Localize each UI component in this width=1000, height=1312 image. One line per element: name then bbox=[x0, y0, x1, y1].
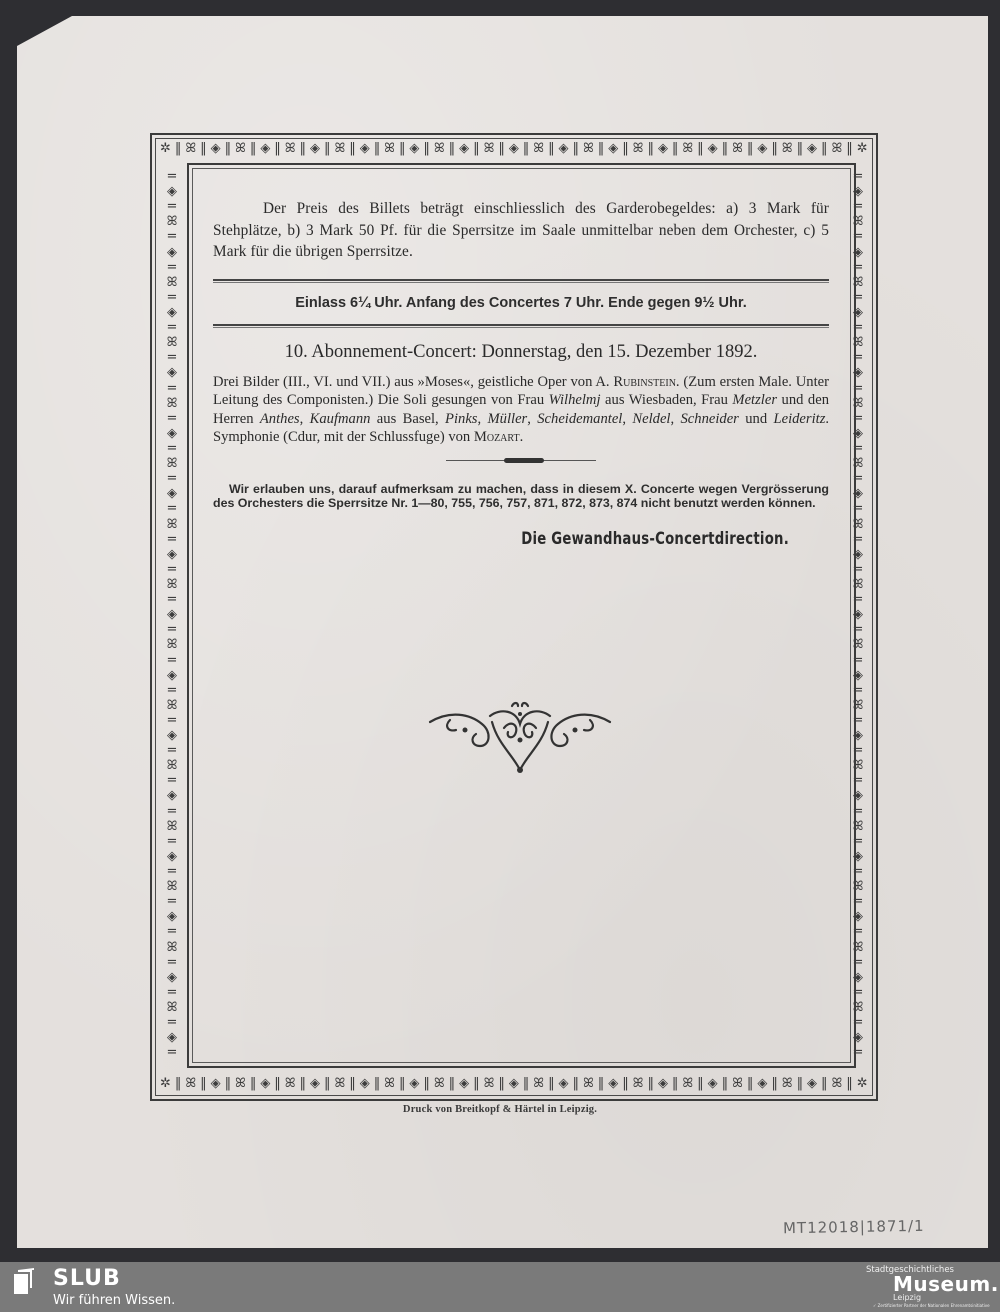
border-ornament-icon: = bbox=[167, 986, 178, 999]
border-ornament-icon: ◈ bbox=[509, 142, 519, 155]
border-ornament-icon: ◈ bbox=[167, 306, 177, 319]
border-ornament-icon: = bbox=[853, 321, 864, 334]
border-ornament-icon: ‖ bbox=[797, 1077, 804, 1090]
border-ornament-icon: ‖ bbox=[523, 142, 530, 155]
slub-brand: SLUB bbox=[53, 1266, 121, 1291]
border-ornament-icon: ꕤ bbox=[853, 880, 864, 893]
border-ornament-icon: ◈ bbox=[608, 142, 618, 155]
border-ornament-icon: ◈ bbox=[853, 971, 863, 984]
singer-name: Schneider bbox=[681, 411, 739, 427]
border-ornament-icon: ꕤ bbox=[167, 1001, 178, 1014]
border-ornament-icon: = bbox=[167, 1046, 178, 1059]
program-text: aus Wiesbaden, Frau bbox=[601, 392, 733, 408]
corner-ornament-icon: ✲ bbox=[857, 1077, 868, 1090]
double-rule-top bbox=[213, 279, 829, 283]
border-ornament-icon: = bbox=[167, 714, 178, 727]
program-text: , bbox=[477, 411, 487, 427]
border-ornament-icon: ◈ bbox=[211, 1077, 221, 1090]
program-text: aus Basel, bbox=[370, 411, 445, 427]
shelfmark-handwritten: MT12018|1871/1 bbox=[783, 1217, 925, 1237]
border-ornament-icon: ‖ bbox=[498, 1077, 505, 1090]
border-ornament-icon: = bbox=[853, 472, 864, 485]
border-ornament-icon: ‖ bbox=[300, 1077, 307, 1090]
border-ornament-icon: ‖ bbox=[797, 142, 804, 155]
border-ornament-icon: ◈ bbox=[167, 971, 177, 984]
border-ornament-icon: = bbox=[853, 714, 864, 727]
border-ornament-icon: = bbox=[167, 654, 178, 667]
double-rule-bottom bbox=[213, 324, 829, 328]
border-ornament-icon: ꕤ bbox=[583, 1077, 594, 1090]
border-ornament-icon: ◈ bbox=[167, 548, 177, 561]
border-ornament-icon: = bbox=[853, 1046, 864, 1059]
border-ornament-icon: ‖ bbox=[598, 142, 605, 155]
border-ornament-icon: ‖ bbox=[821, 142, 828, 155]
composer-name: Mozart bbox=[474, 429, 520, 445]
border-ornament-icon: ◈ bbox=[459, 1077, 469, 1090]
border-ornament-icon: ꕤ bbox=[853, 1001, 864, 1014]
slub-book-logo-icon bbox=[14, 1268, 38, 1294]
border-ornament-icon: ‖ bbox=[747, 1077, 754, 1090]
border-ornament-icon: = bbox=[853, 1016, 864, 1029]
border-ornament-icon: ꕤ bbox=[853, 941, 864, 954]
border-ornament-icon: ꕤ bbox=[682, 1077, 693, 1090]
document-content: Der Preis des Billets beträgt einschlies… bbox=[213, 198, 829, 549]
border-ornament-icon: ‖ bbox=[498, 142, 505, 155]
border-ornament-icon: ◈ bbox=[708, 142, 718, 155]
border-ornament-icon: ꕤ bbox=[167, 397, 178, 410]
border-ornament-icon: ꕤ bbox=[853, 699, 864, 712]
singer-name: Neldel bbox=[632, 411, 670, 427]
border-ornament-icon: ‖ bbox=[697, 1077, 704, 1090]
border-ornament-icon: ◈ bbox=[853, 487, 863, 500]
border-ornament-icon: = bbox=[167, 321, 178, 334]
border-ornament-icon: ꕤ bbox=[167, 880, 178, 893]
border-ornament-icon: ‖ bbox=[349, 142, 356, 155]
border-ornament-icon: = bbox=[853, 170, 864, 183]
border-ornament-icon: = bbox=[167, 200, 178, 213]
border-ornament-icon: ‖ bbox=[771, 1077, 778, 1090]
border-ornament-icon: ꕤ bbox=[853, 518, 864, 531]
border-ornament-icon: = bbox=[853, 291, 864, 304]
corner-ornament-icon: ✲ bbox=[160, 1077, 171, 1090]
border-ornament-icon: = bbox=[853, 774, 864, 787]
border-ornament-icon: ‖ bbox=[250, 1077, 257, 1090]
border-ornament-icon: ◈ bbox=[310, 1077, 320, 1090]
border-ornament-icon: ‖ bbox=[573, 142, 580, 155]
border-ornament-icon: ‖ bbox=[423, 142, 430, 155]
border-ornament-icon: = bbox=[167, 230, 178, 243]
singer-name: Leideritz bbox=[773, 411, 825, 427]
border-ornament-icon: ꕤ bbox=[853, 578, 864, 591]
border-ornament-icon: = bbox=[853, 230, 864, 243]
border-ornament-icon: ◈ bbox=[757, 1077, 767, 1090]
singer-name: Anthes bbox=[260, 411, 300, 427]
border-ornament-icon: ‖ bbox=[821, 1077, 828, 1090]
border-ornament-icon: ◈ bbox=[167, 487, 177, 500]
border-ornament-icon: ◈ bbox=[853, 427, 863, 440]
border-ornament-icon: ‖ bbox=[449, 1077, 456, 1090]
museum-certification: ✓ Zertifizierter Partner der Nationalen … bbox=[873, 1303, 990, 1308]
border-ornament-icon: ‖ bbox=[548, 1077, 555, 1090]
border-ornament-left: =◈=ꕤ=◈=ꕤ=◈=ꕤ=◈=ꕤ=◈=ꕤ=◈=ꕤ=◈=ꕤ=◈=ꕤ=◈=ꕤ=◈=ꕤ… bbox=[161, 170, 183, 1060]
border-ornament-icon: ‖ bbox=[622, 142, 629, 155]
border-ornament-icon: = bbox=[853, 895, 864, 908]
program-text: und bbox=[739, 411, 774, 427]
border-ornament-icon: = bbox=[853, 563, 864, 576]
border-ornament-icon: ‖ bbox=[722, 1077, 729, 1090]
program-text: , bbox=[670, 411, 680, 427]
border-ornament-icon: ◈ bbox=[853, 789, 863, 802]
border-ornament-icon: = bbox=[167, 442, 178, 455]
border-ornament-icon: ‖ bbox=[274, 142, 281, 155]
border-ornament-icon: ◈ bbox=[167, 669, 177, 682]
border-ornament-icon: ꕤ bbox=[384, 1077, 395, 1090]
border-ornament-icon: ◈ bbox=[853, 1031, 863, 1044]
border-ornament-icon: = bbox=[853, 744, 864, 757]
border-ornament-icon: ◈ bbox=[853, 246, 863, 259]
border-ornament-icon: = bbox=[853, 442, 864, 455]
footer-band: SLUB Wir führen Wissen. Stadtgeschichtli… bbox=[0, 1262, 1000, 1312]
program-paragraph: Drei Bilder (III., VI. und VII.) aus »Mo… bbox=[213, 373, 829, 447]
border-ornament-icon: ꕤ bbox=[533, 1077, 544, 1090]
border-ornament-icon: ‖ bbox=[225, 142, 232, 155]
border-ornament-icon: ◈ bbox=[757, 142, 767, 155]
border-ornament-top: ✲‖ꕤ‖◈‖ꕤ‖◈‖ꕤ‖◈‖ꕤ‖◈‖ꕤ‖◈‖ꕤ‖◈‖ꕤ‖◈‖ꕤ‖◈‖ꕤ‖◈‖ꕤ‖… bbox=[160, 137, 868, 159]
border-ornament-icon: ꕤ bbox=[167, 336, 178, 349]
border-ornament-icon: = bbox=[167, 1016, 178, 1029]
border-ornament-icon: ◈ bbox=[853, 850, 863, 863]
border-ornament-icon: ꕤ bbox=[167, 759, 178, 772]
border-ornament-icon: ‖ bbox=[622, 1077, 629, 1090]
border-ornament-icon: ‖ bbox=[548, 142, 555, 155]
border-ornament-icon: ‖ bbox=[324, 1077, 331, 1090]
border-ornament-icon: ꕤ bbox=[285, 1077, 296, 1090]
program-text: , bbox=[300, 411, 310, 427]
floral-vignette-icon bbox=[420, 700, 620, 775]
border-ornament-icon: = bbox=[167, 170, 178, 183]
border-ornament-icon: = bbox=[167, 895, 178, 908]
border-ornament-icon: ꕤ bbox=[384, 142, 395, 155]
border-ornament-icon: ‖ bbox=[473, 1077, 480, 1090]
border-ornament-icon: ◈ bbox=[559, 1077, 569, 1090]
border-ornament-icon: = bbox=[853, 533, 864, 546]
program-text: , bbox=[622, 411, 632, 427]
border-ornament-icon: = bbox=[167, 382, 178, 395]
border-ornament-icon: = bbox=[167, 502, 178, 515]
singer-name: Pinks bbox=[445, 411, 477, 427]
border-ornament-icon: = bbox=[167, 291, 178, 304]
border-ornament-icon: ꕤ bbox=[853, 397, 864, 410]
border-ornament-icon: ‖ bbox=[399, 1077, 406, 1090]
border-ornament-icon: = bbox=[853, 654, 864, 667]
singer-name: Müller bbox=[488, 411, 528, 427]
border-ornament-icon: ◈ bbox=[167, 729, 177, 742]
border-ornament-icon: ‖ bbox=[647, 1077, 654, 1090]
border-ornament-icon: ‖ bbox=[672, 1077, 679, 1090]
border-ornament-icon: ꕤ bbox=[484, 1077, 495, 1090]
singer-name: Metzler bbox=[732, 392, 777, 408]
border-ornament-icon: ‖ bbox=[722, 142, 729, 155]
border-ornament-icon: ◈ bbox=[167, 850, 177, 863]
border-ornament-icon: ꕤ bbox=[831, 142, 842, 155]
border-ornament-icon: ‖ bbox=[225, 1077, 232, 1090]
border-ornament-icon: = bbox=[853, 865, 864, 878]
border-ornament-icon: ◈ bbox=[211, 142, 221, 155]
border-ornament-icon: ◈ bbox=[167, 608, 177, 621]
seating-notice: Wir erlauben uns, darauf aufmerksam zu m… bbox=[213, 482, 829, 511]
border-ornament-icon: ◈ bbox=[167, 366, 177, 379]
border-ornament-icon: ‖ bbox=[175, 142, 182, 155]
program-text: , bbox=[527, 411, 537, 427]
border-ornament-icon: ‖ bbox=[449, 142, 456, 155]
border-ornament-icon: ◈ bbox=[807, 1077, 817, 1090]
border-ornament-icon: ꕤ bbox=[682, 142, 693, 155]
border-ornament-icon: ꕤ bbox=[167, 215, 178, 228]
border-ornament-icon: ꕤ bbox=[235, 142, 246, 155]
border-ornament-icon: = bbox=[853, 986, 864, 999]
border-ornament-icon: ꕤ bbox=[853, 336, 864, 349]
border-ornament-icon: ꕤ bbox=[334, 142, 345, 155]
border-ornament-icon: ‖ bbox=[250, 142, 257, 155]
border-ornament-icon: ◈ bbox=[409, 1077, 419, 1090]
border-ornament-icon: ꕤ bbox=[434, 142, 445, 155]
border-ornament-icon: = bbox=[167, 774, 178, 787]
corner-ornament-icon: ✲ bbox=[857, 142, 868, 155]
border-ornament-icon: ‖ bbox=[846, 1077, 853, 1090]
border-ornament-icon: ◈ bbox=[260, 142, 270, 155]
border-ornament-icon: ꕤ bbox=[167, 820, 178, 833]
border-ornament-icon: ‖ bbox=[399, 142, 406, 155]
border-ornament-icon: ꕤ bbox=[853, 457, 864, 470]
border-ornament-icon: ◈ bbox=[853, 910, 863, 923]
border-ornament-icon: ◈ bbox=[853, 306, 863, 319]
border-ornament-icon: ◈ bbox=[853, 608, 863, 621]
border-ornament-icon: = bbox=[853, 684, 864, 697]
border-ornament-icon: ꕤ bbox=[782, 1077, 793, 1090]
singer-name: Wilhelmj bbox=[549, 392, 601, 408]
border-ornament-icon: ◈ bbox=[167, 185, 177, 198]
border-ornament-icon: = bbox=[853, 261, 864, 274]
border-ornament-icon: = bbox=[167, 835, 178, 848]
composer-name: Rubinstein bbox=[613, 374, 676, 390]
border-ornament-icon: ◈ bbox=[853, 729, 863, 742]
singer-name: Scheidemantel bbox=[537, 411, 622, 427]
border-ornament-icon: ◈ bbox=[708, 1077, 718, 1090]
border-ornament-icon: ‖ bbox=[300, 142, 307, 155]
border-ornament-icon: = bbox=[167, 533, 178, 546]
program-text: . bbox=[520, 429, 524, 445]
border-ornament-icon: ‖ bbox=[274, 1077, 281, 1090]
border-ornament-icon: = bbox=[167, 805, 178, 818]
border-ornament-icon: ‖ bbox=[324, 142, 331, 155]
border-ornament-icon: ‖ bbox=[200, 1077, 207, 1090]
border-ornament-icon: = bbox=[167, 351, 178, 364]
border-ornament-icon: ꕤ bbox=[583, 142, 594, 155]
border-ornament-icon: ꕤ bbox=[434, 1077, 445, 1090]
border-ornament-icon: = bbox=[167, 865, 178, 878]
border-ornament-icon: = bbox=[853, 925, 864, 938]
border-ornament-icon: ꕤ bbox=[167, 941, 178, 954]
border-ornament-icon: ‖ bbox=[200, 142, 207, 155]
border-ornament-icon: ꕤ bbox=[853, 759, 864, 772]
border-ornament-icon: ꕤ bbox=[732, 142, 743, 155]
border-ornament-icon: = bbox=[167, 593, 178, 606]
border-ornament-icon: ꕤ bbox=[831, 1077, 842, 1090]
border-ornament-icon: = bbox=[167, 261, 178, 274]
border-ornament-icon: ◈ bbox=[167, 1031, 177, 1044]
border-ornament-icon: ꕤ bbox=[167, 518, 178, 531]
border-ornament-icon: ◈ bbox=[167, 246, 177, 259]
border-ornament-icon: ◈ bbox=[360, 1077, 370, 1090]
border-ornament-icon: = bbox=[167, 563, 178, 576]
border-ornament-icon: = bbox=[853, 805, 864, 818]
corner-ornament-icon: ✲ bbox=[160, 142, 171, 155]
border-ornament-icon: ◈ bbox=[167, 427, 177, 440]
border-ornament-icon: ◈ bbox=[310, 142, 320, 155]
border-ornament-icon: ‖ bbox=[175, 1077, 182, 1090]
border-ornament-icon: = bbox=[167, 472, 178, 485]
border-ornament-icon: = bbox=[167, 925, 178, 938]
border-ornament-icon: ◈ bbox=[807, 142, 817, 155]
signature: Die Gewandhaus-Concertdirection. bbox=[340, 529, 789, 549]
price-paragraph: Der Preis des Billets beträgt einschlies… bbox=[213, 198, 829, 263]
border-ornament-icon: ꕤ bbox=[633, 1077, 644, 1090]
border-ornament-icon: ◈ bbox=[409, 142, 419, 155]
border-ornament-icon: ꕤ bbox=[185, 142, 196, 155]
museum-city: Leipzig bbox=[893, 1293, 921, 1302]
border-ornament-icon: = bbox=[853, 593, 864, 606]
border-ornament-icon: ꕤ bbox=[167, 699, 178, 712]
border-ornament-icon: ◈ bbox=[260, 1077, 270, 1090]
border-ornament-icon: ꕤ bbox=[853, 820, 864, 833]
border-ornament-bottom: ✲‖ꕤ‖◈‖ꕤ‖◈‖ꕤ‖◈‖ꕤ‖◈‖ꕤ‖◈‖ꕤ‖◈‖ꕤ‖◈‖ꕤ‖◈‖ꕤ‖◈‖ꕤ‖… bbox=[160, 1072, 868, 1094]
border-ornament-icon: ‖ bbox=[846, 142, 853, 155]
border-ornament-icon: ◈ bbox=[360, 142, 370, 155]
border-ornament-icon: ◈ bbox=[167, 910, 177, 923]
border-ornament-icon: = bbox=[853, 412, 864, 425]
singer-name: Kaufmann bbox=[310, 411, 371, 427]
border-ornament-icon: ◈ bbox=[658, 1077, 668, 1090]
concert-title: 10. Abonnement-Concert: Donnerstag, den … bbox=[213, 342, 829, 363]
border-ornament-icon: ꕤ bbox=[235, 1077, 246, 1090]
border-ornament-icon: ꕤ bbox=[732, 1077, 743, 1090]
border-ornament-icon: ◈ bbox=[853, 669, 863, 682]
printer-imprint: Druck von Breitkopf & Härtel in Leipzig. bbox=[0, 1104, 1000, 1115]
border-ornament-icon: ◈ bbox=[167, 789, 177, 802]
border-ornament-icon: ꕤ bbox=[167, 578, 178, 591]
border-ornament-icon: ◈ bbox=[608, 1077, 618, 1090]
border-ornament-icon: ꕤ bbox=[334, 1077, 345, 1090]
border-ornament-icon: ‖ bbox=[573, 1077, 580, 1090]
border-ornament-icon: ꕤ bbox=[633, 142, 644, 155]
border-ornament-icon: ◈ bbox=[853, 366, 863, 379]
border-ornament-icon: ◈ bbox=[459, 142, 469, 155]
border-ornament-icon: = bbox=[853, 200, 864, 213]
border-ornament-icon: ‖ bbox=[647, 142, 654, 155]
border-ornament-icon: ‖ bbox=[771, 142, 778, 155]
border-ornament-icon: ‖ bbox=[374, 142, 381, 155]
border-ornament-icon: ◈ bbox=[658, 142, 668, 155]
border-ornament-icon: = bbox=[167, 744, 178, 757]
border-ornament-icon: = bbox=[853, 623, 864, 636]
border-ornament-icon: = bbox=[167, 412, 178, 425]
program-text: Drei Bilder (III., VI. und VII.) aus »Mo… bbox=[213, 374, 613, 390]
border-ornament-icon: ‖ bbox=[349, 1077, 356, 1090]
dotted-divider bbox=[446, 458, 596, 464]
border-ornament-icon: = bbox=[167, 623, 178, 636]
border-ornament-icon: ꕤ bbox=[285, 142, 296, 155]
border-ornament-icon: ‖ bbox=[473, 142, 480, 155]
border-ornament-icon: ꕤ bbox=[484, 142, 495, 155]
slub-tagline: Wir führen Wissen. bbox=[53, 1293, 175, 1308]
border-ornament-right: =◈=ꕤ=◈=ꕤ=◈=ꕤ=◈=ꕤ=◈=ꕤ=◈=ꕤ=◈=ꕤ=◈=ꕤ=◈=ꕤ=◈=ꕤ… bbox=[847, 170, 869, 1060]
border-ornament-icon: ◈ bbox=[853, 548, 863, 561]
border-ornament-icon: ‖ bbox=[598, 1077, 605, 1090]
border-ornament-icon: ‖ bbox=[423, 1077, 430, 1090]
border-ornament-icon: = bbox=[853, 351, 864, 364]
border-ornament-icon: = bbox=[853, 382, 864, 395]
border-ornament-icon: ꕤ bbox=[167, 638, 178, 651]
border-ornament-icon: = bbox=[853, 502, 864, 515]
border-ornament-icon: ◈ bbox=[853, 185, 863, 198]
border-ornament-icon: ‖ bbox=[374, 1077, 381, 1090]
border-ornament-icon: ꕤ bbox=[782, 142, 793, 155]
border-ornament-icon: = bbox=[853, 956, 864, 969]
times-line: Einlass 6¼ Uhr. Anfang des Concertes 7 U… bbox=[213, 295, 829, 311]
border-ornament-icon: ꕤ bbox=[167, 276, 178, 289]
border-ornament-icon: = bbox=[853, 835, 864, 848]
border-ornament-icon: ꕤ bbox=[167, 457, 178, 470]
border-ornament-icon: ◈ bbox=[559, 142, 569, 155]
border-ornament-icon: ꕤ bbox=[533, 142, 544, 155]
border-ornament-icon: ◈ bbox=[509, 1077, 519, 1090]
border-ornament-icon: ꕤ bbox=[853, 638, 864, 651]
border-ornament-icon: ‖ bbox=[523, 1077, 530, 1090]
border-ornament-icon: ‖ bbox=[697, 142, 704, 155]
border-ornament-icon: = bbox=[167, 956, 178, 969]
border-ornament-icon: = bbox=[167, 684, 178, 697]
border-ornament-icon: ‖ bbox=[747, 142, 754, 155]
border-ornament-icon: ꕤ bbox=[853, 276, 864, 289]
border-ornament-icon: ‖ bbox=[672, 142, 679, 155]
border-ornament-icon: ꕤ bbox=[185, 1077, 196, 1090]
border-ornament-icon: ꕤ bbox=[853, 215, 864, 228]
